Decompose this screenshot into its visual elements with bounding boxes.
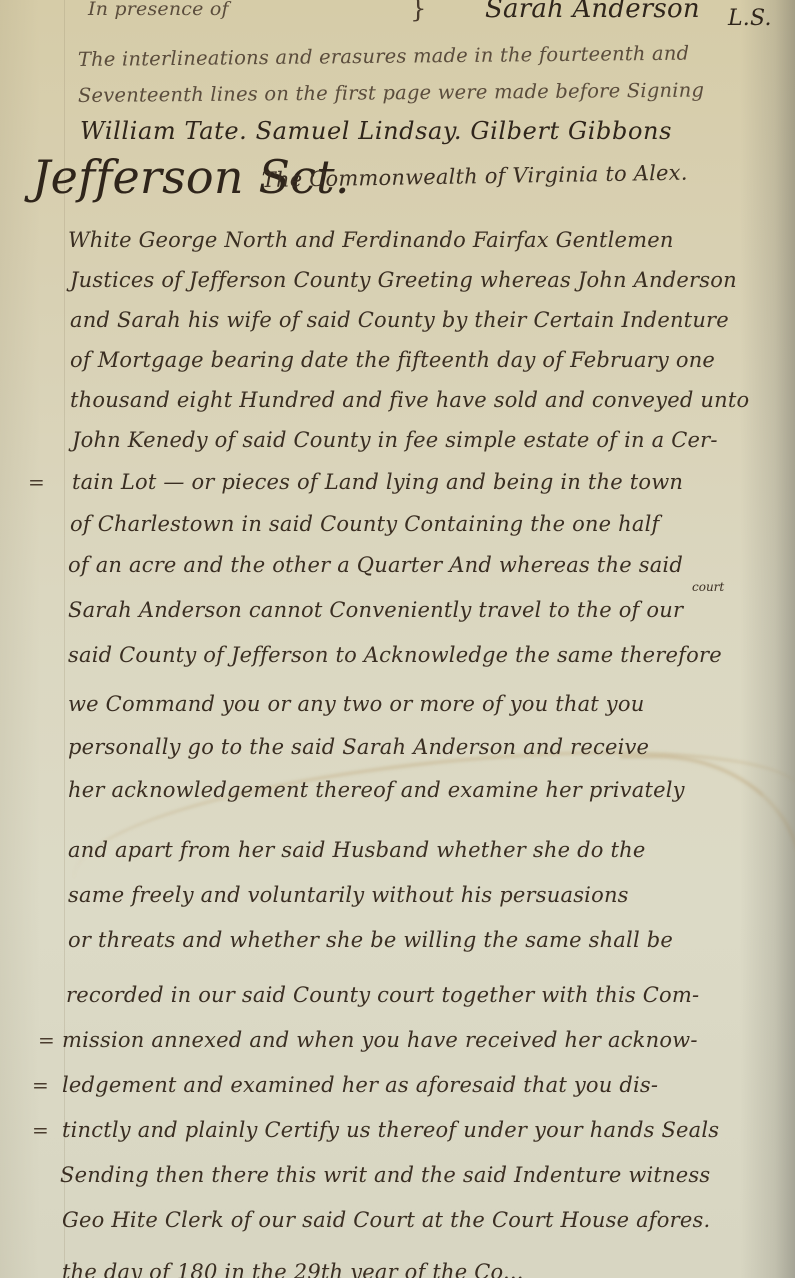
brace-mark: } bbox=[410, 0, 427, 24]
body-line-23: Sending then there this writ and the sai… bbox=[60, 1163, 710, 1187]
body-line-6: thousand eight Hundred and five have sol… bbox=[70, 388, 749, 412]
body-line-20: mission annexed and when you have receiv… bbox=[62, 1028, 698, 1052]
witness-names: William Tate. Samuel Lindsay. Gilbert Gi… bbox=[80, 117, 672, 145]
note-line-1: The interlineations and erasures made in… bbox=[78, 42, 690, 71]
margin-dash-2: = bbox=[38, 1028, 55, 1052]
body-line-24: Geo Hite Clerk of our said Court at the … bbox=[62, 1208, 710, 1232]
body-line-5: of Mortgage bearing date the fifteenth d… bbox=[70, 348, 715, 372]
body-line-10: of an acre and the other a Quarter And w… bbox=[68, 553, 683, 577]
signature-sarah-anderson: Sarah Anderson bbox=[485, 0, 700, 24]
body-line-25-cutoff: the day of 180 in the 29th year of the C… bbox=[62, 1260, 524, 1278]
body-line-14: personally go to the said Sarah Anderson… bbox=[68, 735, 649, 759]
margin-dash-4: = bbox=[32, 1118, 49, 1142]
body-line-22: tinctly and plainly Certify us thereof u… bbox=[62, 1118, 719, 1142]
body-line-4: and Sarah his wife of said County by the… bbox=[70, 308, 729, 332]
body-line-21: ledgement and examined her as aforesaid … bbox=[62, 1073, 658, 1097]
body-line-9: of Charlestown in said County Containing… bbox=[70, 512, 659, 536]
body-line-12: said County of Jefferson to Acknowledge … bbox=[68, 643, 722, 667]
margin-dash-1: = bbox=[28, 470, 45, 494]
interlineation-court: court bbox=[692, 580, 724, 594]
body-line-17: same freely and voluntarily without his … bbox=[68, 883, 629, 907]
body-line-15: her acknowledgement thereof and examine … bbox=[68, 778, 685, 802]
body-line-18: or threats and whether she be willing th… bbox=[68, 928, 673, 952]
seal-ls: L.S. bbox=[728, 6, 772, 31]
body-line-7: John Kenedy of said County in fee simple… bbox=[72, 428, 718, 452]
body-line-16: and apart from her said Husband whether … bbox=[68, 838, 645, 862]
body-line-3: Justices of Jefferson County Greeting wh… bbox=[70, 268, 737, 292]
margin-dash-3: = bbox=[32, 1073, 49, 1097]
body-line-13: we Command you or any two or more of you… bbox=[68, 692, 644, 716]
body-line-2: White George North and Ferdinando Fairfa… bbox=[68, 228, 674, 252]
in-presence-of: In presence of bbox=[88, 0, 229, 20]
body-line-8: tain Lot — or pieces of Land lying and b… bbox=[72, 470, 683, 494]
note-line-2: Seventeenth lines on the first page were… bbox=[78, 79, 704, 107]
body-line-19: recorded in our said County court togeth… bbox=[66, 983, 699, 1007]
body-line-11: Sarah Anderson cannot Conveniently trave… bbox=[68, 598, 683, 622]
document-page: In presence of } Sarah Anderson L.S. The… bbox=[0, 0, 795, 1278]
